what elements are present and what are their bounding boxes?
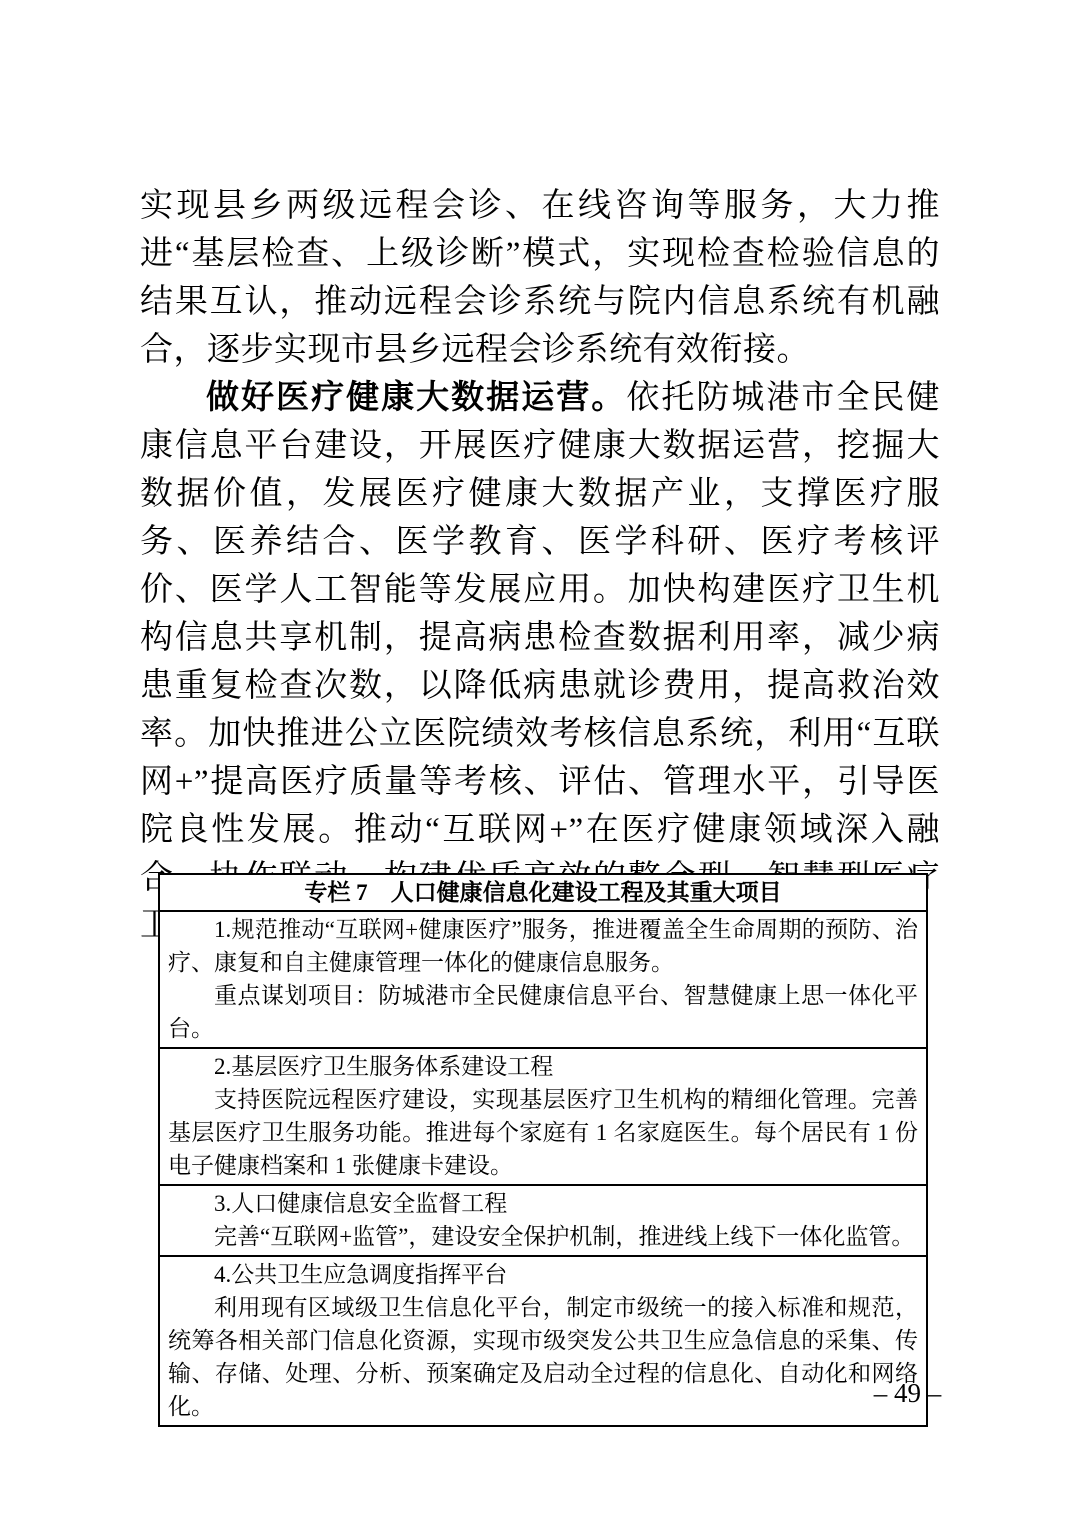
box-section-2: 2.基层医疗卫生服务体系建设工程 支持医院远程医疗建设，实现基层医疗卫生机构的精… (160, 1049, 926, 1186)
paragraph-remote-consultation: 实现县乡两级远程会诊、在线咨询等服务，大力推进“基层检查、上级诊断”模式，实现检… (140, 182, 940, 374)
section-1-paragraph-1: 1.规范推动“互联网+健康医疗”服务，推进覆盖全生命周期的预防、治疗、康复和自主… (168, 913, 918, 979)
box-section-4: 4.公共卫生应急调度指挥平台 利用现有区域级卫生信息化平台，制定市级统一的接入标… (160, 1257, 926, 1425)
section-4-paragraph: 利用现有区域级卫生信息化平台，制定市级统一的接入标准和规范，统筹各相关部门信息化… (168, 1291, 918, 1423)
paragraph-bold-lead: 做好医疗健康大数据运营。 (206, 380, 626, 416)
document-page: 实现县乡两级远程会诊、在线咨询等服务，大力推进“基层检查、上级诊断”模式，实现检… (0, 0, 1074, 1520)
section-1-paragraph-2: 重点谋划项目：防城港市全民健康信息平台、智慧健康上思一体化平台。 (168, 979, 918, 1045)
section-2-title: 2.基层医疗卫生服务体系建设工程 (168, 1050, 918, 1083)
box-title: 专栏 7 人口健康信息化建设工程及其重大项目 (160, 875, 926, 912)
paragraph-body-text: 依托防城港市全民健康信息平台建设，开展医疗健康大数据运营，挖掘大数据价值，发展医… (140, 380, 940, 944)
body-text: 实现县乡两级远程会诊、在线咨询等服务，大力推进“基层检查、上级诊断”模式，实现检… (140, 182, 940, 950)
page-number: – 49 – (855, 1378, 960, 1408)
section-3-paragraph: 完善“互联网+监管”，建设安全保护机制，推进线上线下一体化监管。 (168, 1220, 918, 1253)
section-2-paragraph: 支持医院远程医疗建设，实现基层医疗卫生机构的精细化管理。完善基层医疗卫生服务功能… (168, 1083, 918, 1182)
box-section-1: 1.规范推动“互联网+健康医疗”服务，推进覆盖全生命周期的预防、治疗、康复和自主… (160, 912, 926, 1049)
column-7-box: 专栏 7 人口健康信息化建设工程及其重大项目 1.规范推动“互联网+健康医疗”服… (158, 873, 928, 1427)
section-3-title: 3.人口健康信息安全监督工程 (168, 1187, 918, 1220)
section-4-title: 4.公共卫生应急调度指挥平台 (168, 1258, 918, 1291)
box-section-3: 3.人口健康信息安全监督工程 完善“互联网+监管”，建设安全保护机制，推进线上线… (160, 1186, 926, 1257)
paragraph-big-data-operation: 做好医疗健康大数据运营。依托防城港市全民健康信息平台建设，开展医疗健康大数据运营… (140, 374, 940, 950)
